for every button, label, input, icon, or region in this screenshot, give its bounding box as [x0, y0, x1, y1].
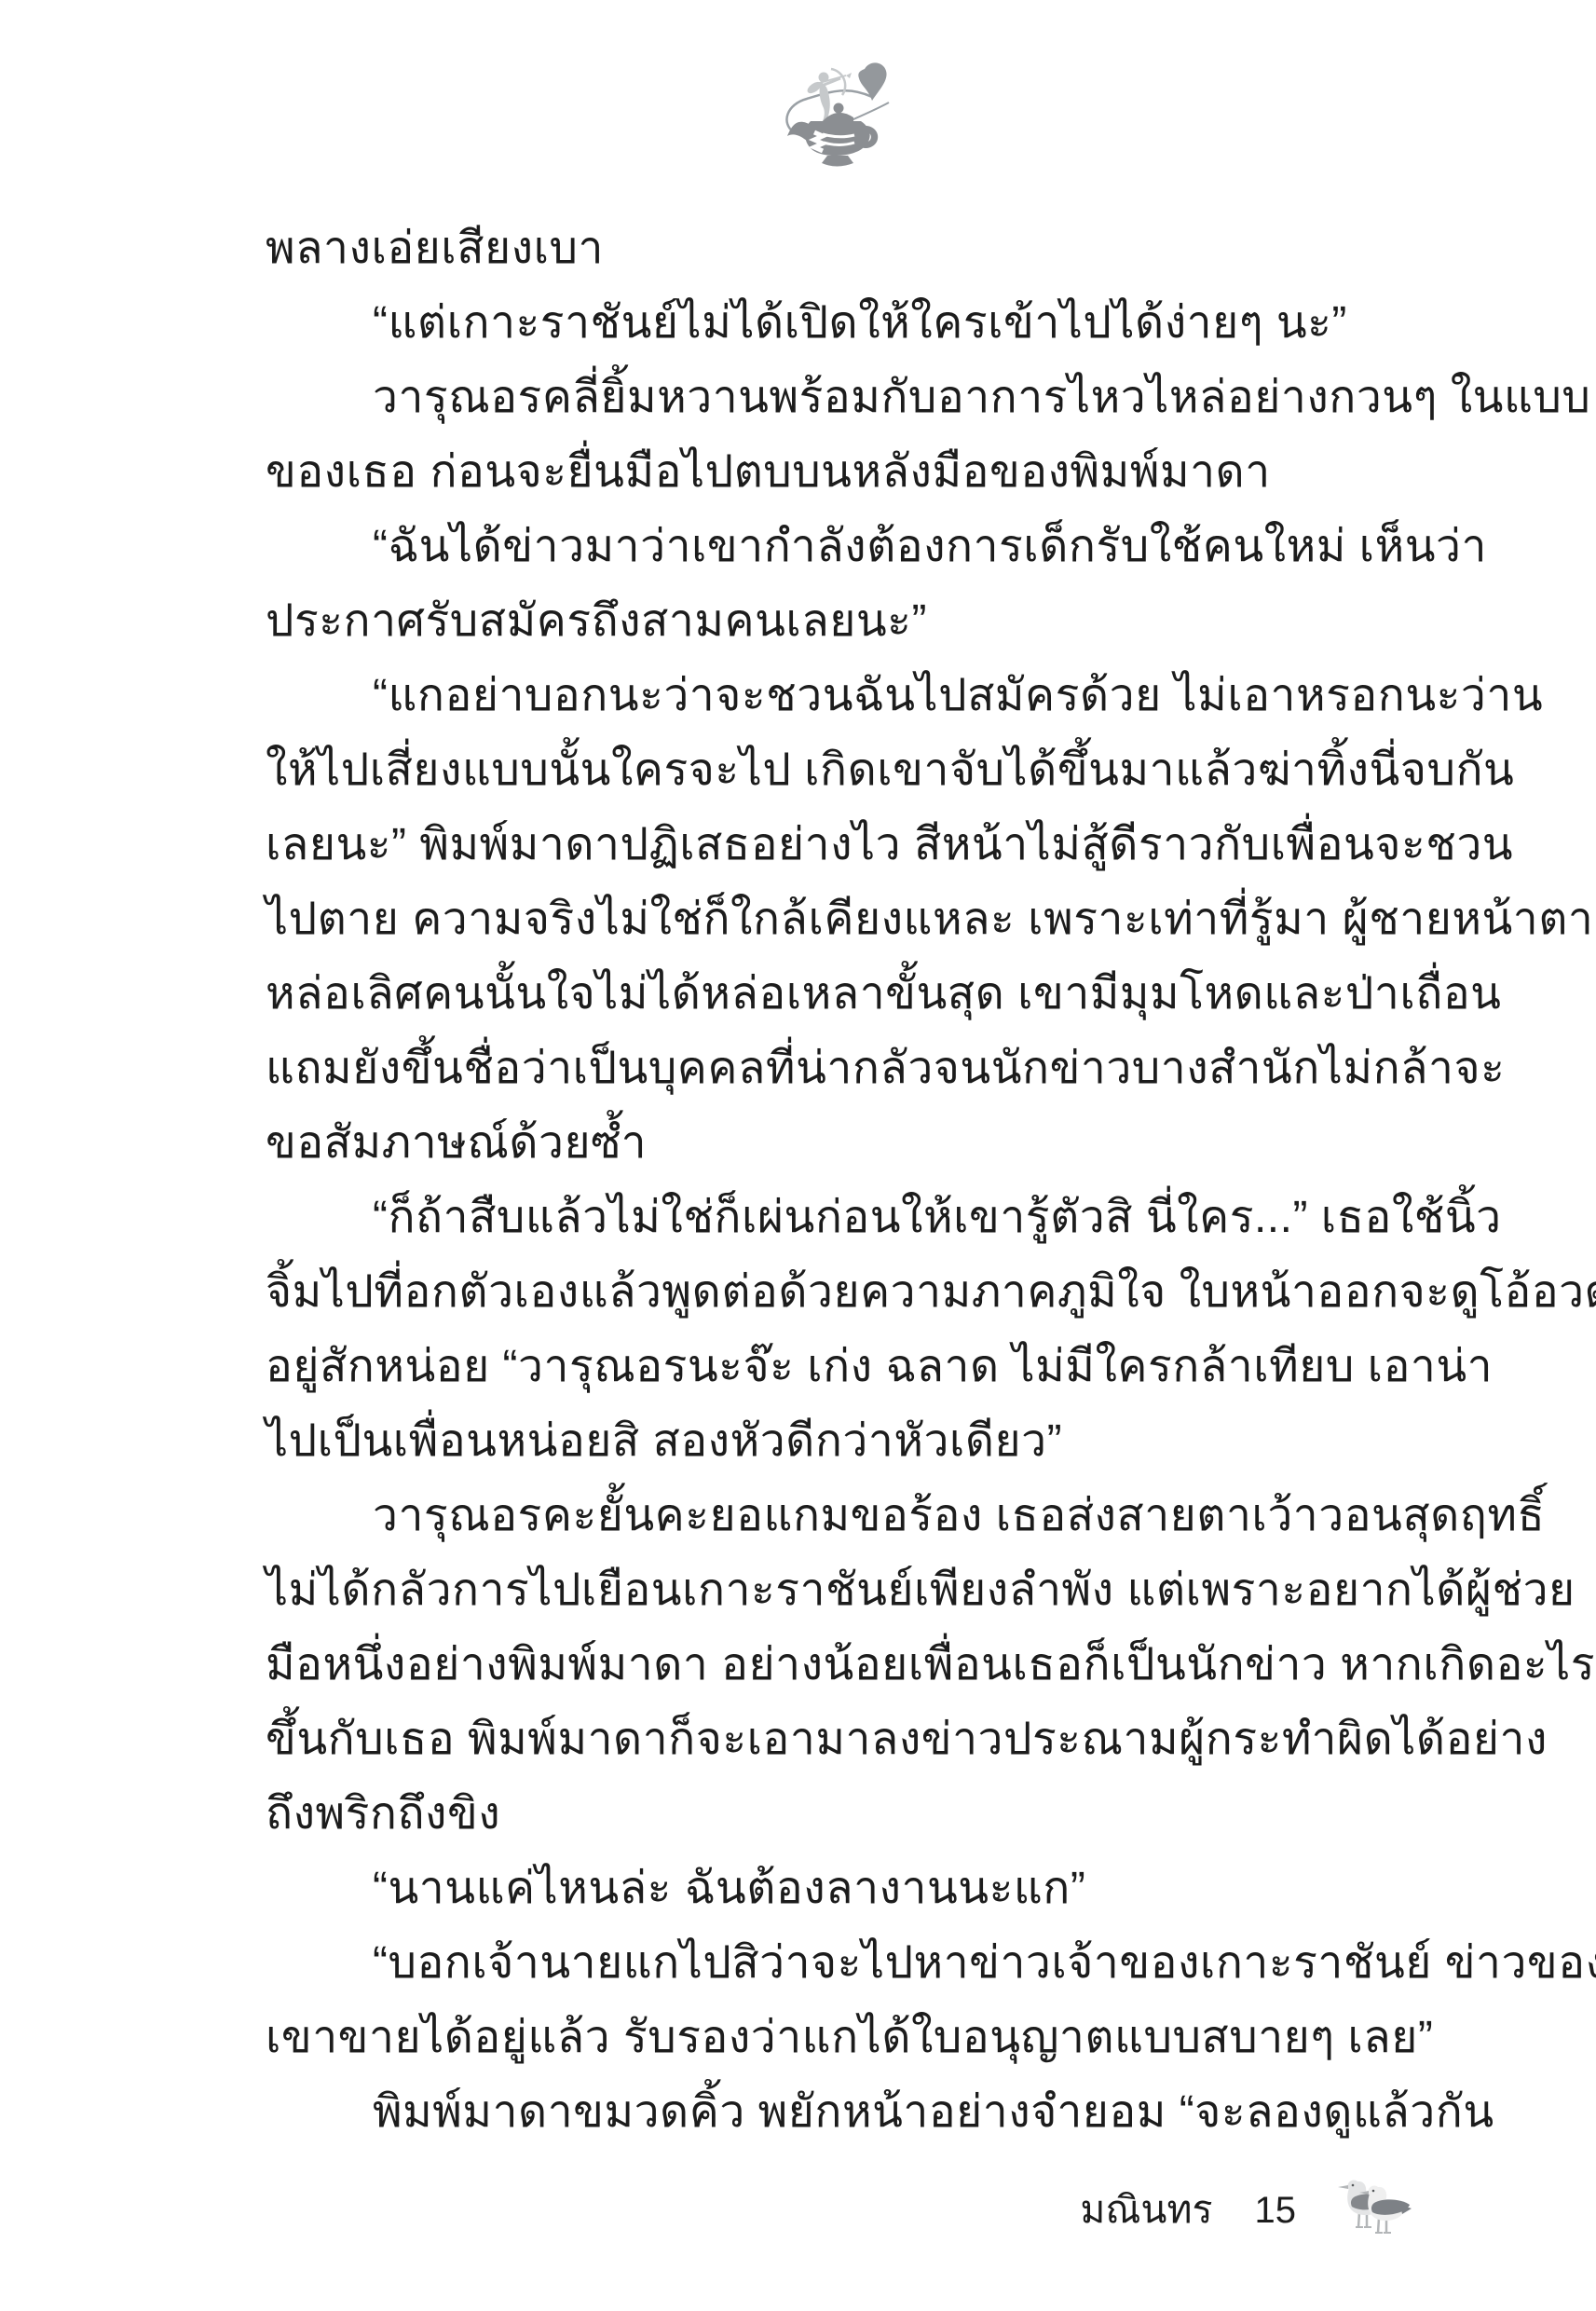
- body-line: ของเธอ ก่อนจะยื่นมือไปตบบนหลังมือของพิมพ…: [266, 435, 1412, 510]
- body-line: ขอสัมภาษณ์ด้วยซ้ำ: [266, 1106, 1412, 1181]
- body-line: พลางเอ่ยเสียงเบา: [266, 212, 1412, 286]
- body-line: ถึงพริกถึงขิง: [266, 1777, 1412, 1852]
- body-line: พิมพ์มาดาขมวดคิ้ว พยักหน้าอย่างจำยอม “จะ…: [266, 2075, 1412, 2150]
- cupid-genie-lamp-ornament-icon: [779, 56, 894, 170]
- body-line: ให้ไปเสี่ยงแบบนั้นใครจะไป เกิดเขาจับได้ข…: [266, 733, 1412, 808]
- body-line: อยู่สักหน่อย “วารุณอรนะจ๊ะ เก่ง ฉลาด ไม่…: [266, 1330, 1412, 1404]
- body-line: “นานแค่ไหนล่ะ ฉันต้องลางานนะแก”: [266, 1852, 1412, 1926]
- body-line: ไปตาย ความจริงไม่ใช่ก็ใกล้เคียงแหละ เพรา…: [266, 882, 1412, 957]
- body-line: “แต่เกาะราชันย์ไม่ได้เปิดให้ใครเข้าไปได้…: [266, 286, 1412, 361]
- body-line: “บอกเจ้านายแกไปสิว่าจะไปหาข่าวเจ้าของเกา…: [266, 1926, 1412, 2001]
- body-text: พลางเอ่ยเสียงเบา“แต่เกาะราชันย์ไม่ได้เปิ…: [266, 212, 1412, 2150]
- body-line: แถมยังขึ้นชื่อว่าเป็นบุคคลที่น่ากลัวจนนั…: [266, 1032, 1412, 1106]
- body-line: วารุณอรคลี่ยิ้มหวานพร้อมกับอาการไหวไหล่อ…: [266, 361, 1412, 435]
- body-line: เลยนะ” พิมพ์มาดาปฏิเสธอย่างไว สีหน้าไม่ส…: [266, 808, 1412, 882]
- body-line: ไปเป็นเพื่อนหน่อยสิ สองหัวดีกว่าหัวเดียว…: [266, 1404, 1412, 1479]
- body-line: “ฉันได้ข่าวมาว่าเขากำลังต้องการเด็กรับใช…: [266, 510, 1412, 584]
- body-line: ประกาศรับสมัครถึงสามคนเลยนะ”: [266, 584, 1412, 659]
- body-line: เขาขายได้อยู่แล้ว รับรองว่าแกได้ใบอนุญาต…: [266, 2001, 1412, 2075]
- series-title: มณินทร: [1080, 2191, 1212, 2229]
- page-number: 15: [1255, 2192, 1297, 2229]
- seagulls-icon: [1335, 2167, 1412, 2240]
- body-line: จิ้มไปที่อกตัวเองแล้วพูดต่อด้วยความภาคภู…: [266, 1255, 1412, 1330]
- book-page: พลางเอ่ยเสียงเบา“แต่เกาะราชันย์ไม่ได้เปิ…: [0, 0, 1596, 2311]
- body-line: ไม่ได้กลัวการไปเยือนเกาะราชันย์เพียงลำพั…: [266, 1553, 1412, 1628]
- body-line: วารุณอรคะยั้นคะยอแกมขอร้อง เธอส่งสายตาเว…: [266, 1479, 1412, 1553]
- body-line: หล่อเลิศคนนั้นใจไม่ได้หล่อเหลาขั้นสุด เข…: [266, 957, 1412, 1032]
- body-line: “แกอย่าบอกนะว่าจะชวนฉันไปสมัครด้วย ไม่เอ…: [266, 659, 1412, 733]
- body-line: “ก็ถ้าสืบแล้วไม่ใช่ก็เผ่นก่อนให้เขารู้ตั…: [266, 1181, 1412, 1255]
- body-line: ขึ้นกับเธอ พิมพ์มาดาก็จะเอามาลงข่าวประณา…: [266, 1702, 1412, 1777]
- page-footer: มณินทร 15: [1080, 2167, 1412, 2240]
- body-line: มือหนึ่งอย่างพิมพ์มาดา อย่างน้อยเพื่อนเธ…: [266, 1628, 1412, 1702]
